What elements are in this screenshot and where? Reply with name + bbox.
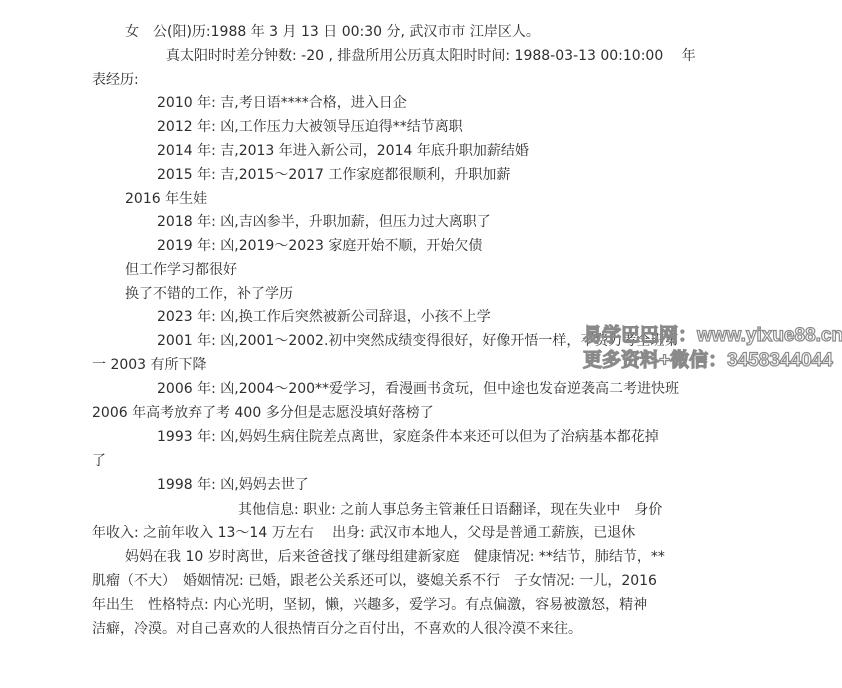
event-2015: 2015 年: 吉,2015～2017 工作家庭都很顺利，升职加薪 (157, 165, 510, 185)
event-2001-continued: 一 2003 有所下降 (92, 355, 207, 375)
event-2018: 2018 年: 凶,吉凶参半，升职加薪，但压力过大离职了 (157, 212, 491, 232)
event-2015-continued: 2016 年生娃 (125, 189, 207, 209)
header-birth-info: 女 公(阳)历:1988 年 3 月 13 日 00:30 分, 武汉市市 江岸… (125, 22, 540, 42)
event-1998: 1998 年: 凶,妈妈去世了 (157, 475, 309, 495)
watermark-wechat: 更多资料+微信：3458344044 (583, 345, 833, 372)
event-2014: 2014 年: 吉,2013 年进入新公司，2014 年底升职加薪结婚 (157, 141, 529, 161)
watermark-site: 易学巴巴网：www.yixue88.cn (583, 320, 842, 347)
event-2012: 2012 年: 凶,工作压力大被领导压迫得**结节离职 (157, 117, 463, 137)
event-2019-continued-2: 换了不错的工作，补了学历 (125, 284, 293, 304)
other-info-line-1: 其他信息: 职业: 之前人事总务主管兼任日语翻译，现在失业中 身价 (238, 500, 662, 520)
header-solar-time: 真太阳时时差分钟数: -20 , 排盘所用公历真太阳时时间: 1988-03-1… (166, 46, 696, 66)
event-2019-continued: 但工作学习都很好 (125, 260, 237, 280)
header-experience-label: 表经历: (92, 70, 139, 90)
event-2006: 2006 年: 凶,2004～200**爱学习，看漫画书贪玩，但中途也发奋逆袭高… (157, 379, 679, 399)
other-info-line-2: 年收入: 之前年收入 13～14 万左右 出身: 武汉市本地人，父母是普通工薪族… (92, 523, 635, 543)
event-2023: 2023 年: 凶,换工作后突然被新公司辞退，小孩不上学 (157, 307, 491, 327)
event-2010: 2010 年: 吉,考日语****合格，进入日企 (157, 93, 407, 113)
event-1993-continued: 了 (92, 451, 106, 471)
other-info-line-5: 年出生 性格特点: 内心光明，坚韧，懒，兴趣多，爱学习。有点偏激，容易被激怒，精… (92, 595, 647, 615)
other-info-line-3: 妈妈在我 10 岁时离世，后来爸爸找了继母组建新家庭 健康情况: **结节，肺结… (125, 547, 665, 567)
event-2006-continued: 2006 年高考放弃了考 400 多分但是志愿没填好落榜了 (92, 403, 434, 423)
event-2019: 2019 年: 凶,2019～2023 家庭开始不顺，开始欠债 (157, 236, 482, 256)
other-info-line-4: 肌瘤（不大） 婚姻情况: 已婚，跟老公关系还可以，婆媳关系不行 子女情况: 一儿… (92, 571, 657, 591)
event-1993: 1993 年: 凶,妈妈生病住院差点离世，家庭条件本来还可以但为了治病基本都花掉 (157, 427, 659, 447)
other-info-line-6: 洁癖，冷漠。对自己喜欢的人很热情百分之百付出，不喜欢的人很冷漠不来往。 (92, 619, 582, 639)
